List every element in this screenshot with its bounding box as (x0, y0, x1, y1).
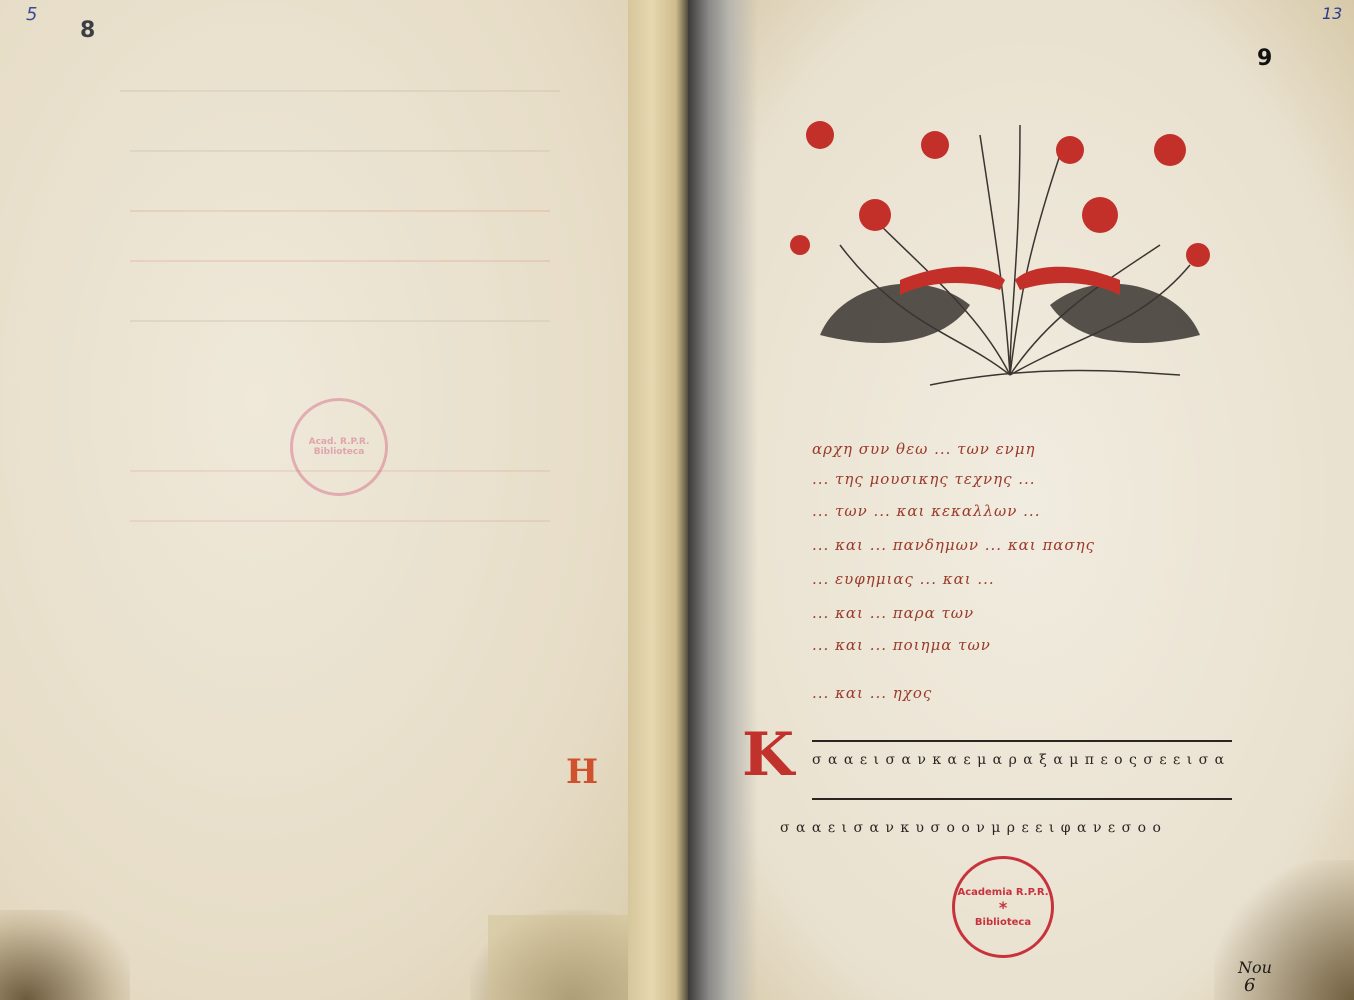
neume-line (812, 788, 1232, 800)
stamp-star-icon: * (999, 898, 1007, 917)
stamp-text-top: Academia R.P.R. (957, 887, 1048, 898)
text-line: ... και ... πανδημων ... και πασης (812, 536, 1095, 554)
bleed-through-line (130, 260, 550, 262)
left-page: 5 8 Acad. R.P.R. Biblioteca H (0, 0, 640, 1000)
bleed-through-line (130, 150, 550, 152)
text-line: ... και ... ποιημα των (812, 636, 991, 654)
text-line: ... και ... ηχος (812, 684, 932, 702)
pencil-number: 13 (1322, 4, 1342, 23)
folio-number: 9 (1257, 46, 1272, 71)
neume-line (812, 730, 1232, 742)
library-stamp: Academia R.P.R. * Biblioteca (952, 856, 1054, 958)
initial-letter: K (742, 720, 794, 790)
floral-headpiece-icon (780, 95, 1240, 395)
text-line: ... των ... και κεκαλλων ... (812, 502, 1040, 520)
text-line: ... ευφημιας ... και ... (812, 570, 995, 588)
bleed-through-line (120, 90, 560, 92)
library-stamp-faint: Acad. R.P.R. Biblioteca (290, 398, 388, 496)
shelf-mark-bottom: 6 (1244, 975, 1255, 996)
bleed-through-line (130, 520, 550, 522)
text-line: αρχη συν θεω ... των ενμη (812, 440, 1036, 458)
red-mark: H (566, 752, 598, 792)
bleed-through-line (130, 320, 550, 322)
text-line: ... και ... παρα των (812, 604, 974, 622)
text-line: ... της μουσικης τεχνης ... (812, 470, 1036, 488)
stain (0, 910, 130, 1000)
folio-number: 8 (80, 18, 95, 43)
bleed-through-line (130, 210, 550, 212)
stamp-text: Acad. R.P.R. Biblioteca (293, 437, 385, 457)
pencil-number: 5 (26, 4, 37, 25)
page-fold-shadow (688, 0, 758, 1000)
stain (1214, 860, 1354, 1000)
chant-text-line: σ α α ε ι σ α ν κ α ε μ α ρ α ξ α μ π ε … (812, 752, 1225, 768)
paper-repair (488, 915, 628, 1000)
stamp-text-bottom: Biblioteca (975, 917, 1031, 928)
chant-text-line: σ α α ε ι σ α ν κ υ σ ο ο ν μ ρ ε ε ι φ … (780, 820, 1162, 836)
